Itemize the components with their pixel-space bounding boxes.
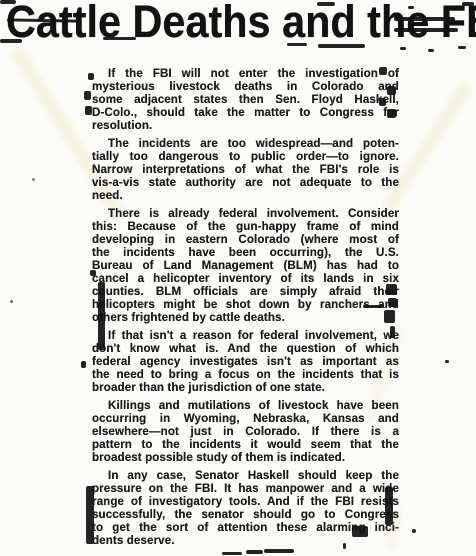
ink-smear <box>400 47 406 50</box>
ink-smear <box>246 550 263 554</box>
ink-smear <box>384 310 395 323</box>
text-line: counties. BLM officials are simply afrai… <box>92 285 399 298</box>
text-line: mysterious livestock deaths in Colorado … <box>92 80 399 93</box>
ink-smear <box>32 178 35 181</box>
ink-smear <box>98 282 105 350</box>
text-line: range of investigatory tools. And if the… <box>92 495 399 508</box>
text-line: If the FBI will not enter the investigat… <box>92 67 399 80</box>
ink-smear <box>88 73 94 80</box>
ink-smear <box>387 86 396 95</box>
text-line: There is already federal involvement. Co… <box>92 207 399 220</box>
ink-smear <box>103 37 136 40</box>
ink-smear <box>363 305 383 308</box>
text-line: In any case, Senator Haskell should keep… <box>92 469 399 482</box>
ink-smear <box>343 543 346 549</box>
text-line: federal agency investigates isn't as imp… <box>92 355 399 368</box>
paragraph: If that isn't a reason for federal invol… <box>92 329 399 394</box>
text-line: vis-a-vis state authority are not adequa… <box>92 176 399 189</box>
text-line: successfully, the senator should go to C… <box>92 508 399 521</box>
article-body: If the FBI will not enter the investigat… <box>92 67 399 552</box>
ink-smear <box>394 17 455 21</box>
ink-smear <box>222 552 242 555</box>
ink-smear <box>318 44 365 48</box>
ink-smear <box>84 91 91 100</box>
ink-smear <box>390 326 395 338</box>
text-line: D-Colo., should take the matter to Congr… <box>92 106 399 119</box>
ink-smear <box>379 67 387 75</box>
paragraph: If the FBI will not enter the investigat… <box>92 67 399 132</box>
ink-smear <box>287 43 307 46</box>
text-line: broadest possible study of them is indic… <box>92 451 399 464</box>
ink-smear <box>386 284 397 295</box>
ink-smear <box>394 28 458 32</box>
text-line: this: Because of the gun-happy frame of … <box>92 220 399 233</box>
text-line: some adjacent states then Sen. Floyd Has… <box>92 93 399 106</box>
ink-smear <box>10 300 13 303</box>
text-line: Killings and mutilations of livestock ha… <box>92 399 399 412</box>
ink-smear <box>352 526 368 537</box>
ink-smear <box>458 46 466 49</box>
ink-smear <box>388 298 397 307</box>
text-line: occurring in Wyoming, Nebraska, Kansas a… <box>92 412 399 425</box>
ink-smear <box>85 106 92 115</box>
text-line: Narrow interpretations of what the FBI's… <box>92 163 399 176</box>
text-line: need. <box>92 189 399 202</box>
text-line: pattern to the incidents it would seem t… <box>92 438 399 451</box>
ink-smear <box>81 361 86 368</box>
ink-smear <box>0 0 16 4</box>
paragraph: The incidents are too widespread—and pot… <box>92 137 399 202</box>
ink-smear <box>462 2 474 6</box>
text-line: elsewhere—not just in Colorado. If there… <box>92 425 399 438</box>
ink-smear <box>90 270 96 276</box>
text-line: tially too dangerous to public order—to … <box>92 150 399 163</box>
ink-smear <box>385 487 393 525</box>
ink-smear <box>264 549 294 553</box>
ink-smear <box>428 49 434 52</box>
text-line: Bureau of Land Management (BLM) has had … <box>92 259 399 272</box>
ink-smear <box>445 360 449 363</box>
ink-smear <box>387 109 396 118</box>
ink-smear <box>86 486 94 544</box>
text-line: the need to bring a focus on the inciden… <box>92 368 399 381</box>
ink-smear <box>317 2 335 6</box>
newspaper-clipping: Cattle Deaths and the FBI If the FBI wil… <box>0 0 476 556</box>
text-line: the incidents have been occurring), the … <box>92 246 399 259</box>
headline: Cattle Deaths and the FBI <box>6 0 476 47</box>
text-line: pressure on the FBI. It has manpower and… <box>92 482 399 495</box>
text-line: The incidents are too widespread—and pot… <box>92 137 399 150</box>
text-line: helicopters might be shot down by ranche… <box>92 298 399 311</box>
text-line: broader than the jurisdiction of one sta… <box>92 381 399 394</box>
text-line: resolution. <box>92 119 399 132</box>
paragraph: Killings and mutilations of livestock ha… <box>92 399 399 464</box>
ink-smear <box>412 529 416 533</box>
ink-smear <box>379 98 386 106</box>
text-line: others frightened by cattle deaths. <box>92 311 399 324</box>
text-line: cancel a helicopter inventory of its lan… <box>92 272 399 285</box>
text-line: don't know what is. And the question of … <box>92 342 399 355</box>
text-line: developing in eastern Colorado (where mo… <box>92 233 399 246</box>
ink-smear <box>408 6 414 9</box>
ink-smear <box>0 39 22 43</box>
text-line: If that isn't a reason for federal invol… <box>92 329 399 342</box>
paragraph: There is already federal involvement. Co… <box>92 207 399 324</box>
